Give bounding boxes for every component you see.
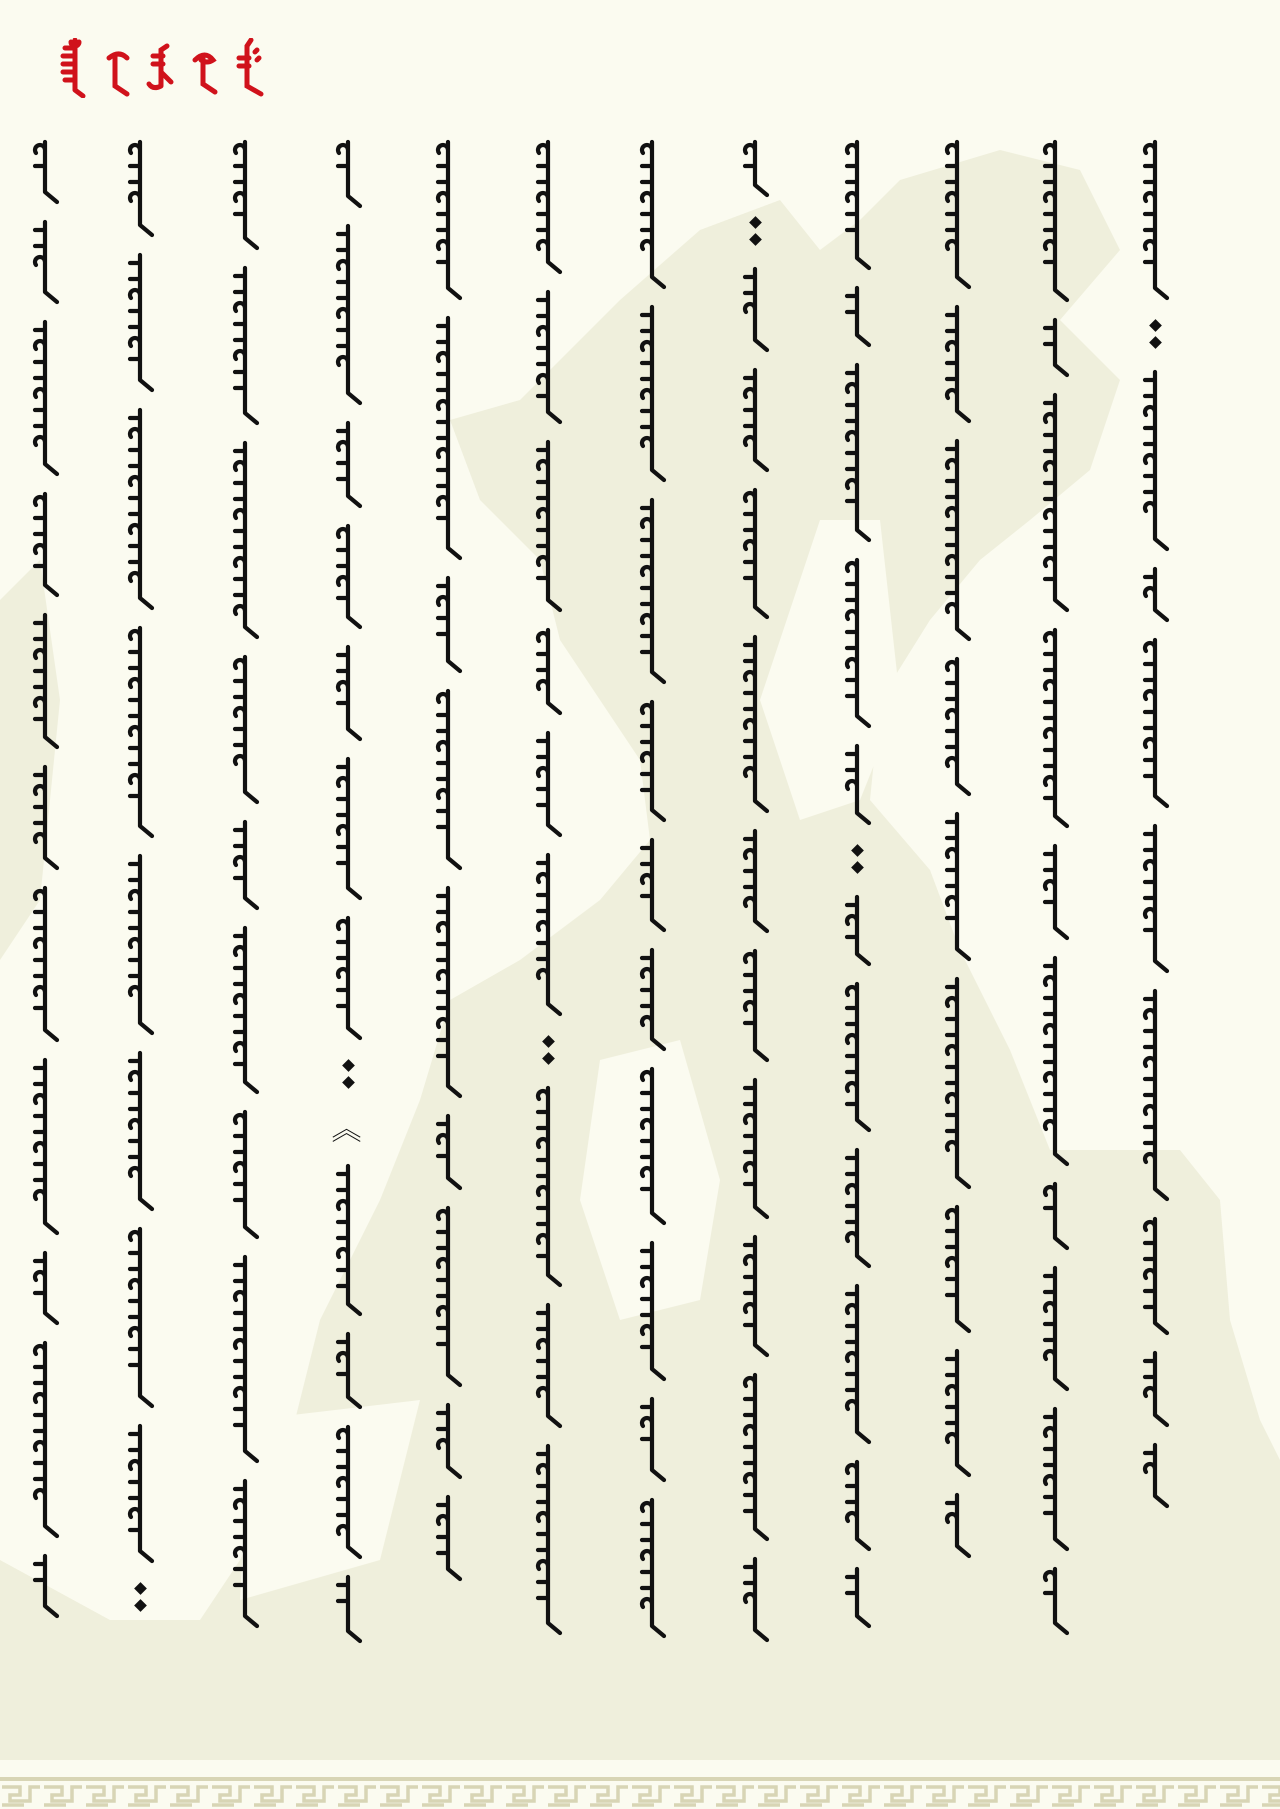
word [740,829,770,931]
word [740,1235,770,1355]
word [125,253,155,390]
word [125,140,155,235]
word [637,1241,667,1379]
title-word [143,42,177,98]
word [942,305,972,421]
word [533,628,563,713]
word [842,1460,872,1549]
word [842,982,872,1130]
word [333,916,363,1038]
word [30,765,60,868]
word [740,1557,770,1640]
word [125,1424,155,1561]
word [942,812,972,959]
text-column-10 [935,140,979,1556]
word [1140,989,1170,1199]
word [333,1425,363,1557]
word [230,441,260,637]
colon-punctuation [333,1056,363,1092]
word [230,140,260,248]
greek-key-border-icon [0,1783,1280,1809]
text-column-2 [118,140,162,1615]
word [333,1575,363,1641]
word [333,421,363,506]
footer-border-line [0,1777,1280,1781]
word [942,657,972,794]
text-column-7 [630,140,674,1636]
text-column-3 [223,140,267,1626]
text-column-11 [1033,140,1077,1633]
word [740,368,770,470]
word [740,1078,770,1217]
word [125,854,155,1033]
page-title: Mongolian-script heading (red, 5 words) [55,38,267,98]
title-word [229,38,267,98]
word [1040,1182,1070,1248]
word [333,224,363,403]
word [1040,628,1070,826]
word [30,320,60,474]
word [740,488,770,617]
word [740,635,770,811]
word [30,1251,60,1323]
word [842,1567,872,1626]
word [942,1493,972,1556]
word [30,220,60,302]
word [333,140,363,206]
word [230,1479,260,1626]
word [637,498,667,682]
word [333,645,363,739]
word [433,886,463,1096]
word [30,1554,60,1616]
colon-punctuation [842,841,872,877]
word [125,1051,155,1209]
word [637,140,667,287]
word [740,267,770,350]
word [333,1332,363,1407]
word [637,838,667,930]
word [30,140,60,202]
word [125,1227,155,1406]
word [433,1403,463,1477]
word [533,140,563,272]
word [1140,567,1170,620]
word [842,286,872,345]
text-column-6 [526,140,570,1633]
word [842,140,872,268]
word [1140,1217,1170,1333]
word [637,948,667,1049]
word [1040,844,1070,938]
word [637,1397,667,1480]
word [1040,1407,1070,1549]
word [842,558,872,726]
word [533,440,563,610]
word [1140,824,1170,971]
word [230,1255,260,1461]
word [230,266,260,423]
word [942,439,972,639]
word [533,731,563,835]
word [125,408,155,608]
colon-punctuation [125,1579,155,1615]
text-column-12 [1133,140,1177,1506]
colon-punctuation [1140,316,1170,352]
word [533,1086,563,1285]
colon-punctuation [740,213,770,249]
word [842,363,872,540]
word [637,1498,667,1636]
word [842,895,872,964]
word [230,926,260,1092]
word [30,492,60,595]
word [842,1148,872,1266]
word [637,305,667,480]
word [1140,1351,1170,1425]
word [740,1373,770,1539]
word [433,140,463,298]
word [1140,638,1170,806]
title-word [101,48,133,98]
word [1140,140,1170,298]
word [433,1114,463,1188]
word [230,820,260,908]
word [533,1444,563,1633]
text-column-1 [23,140,67,1616]
word [125,626,155,836]
text-column-5 [426,140,470,1579]
title-word [55,38,91,98]
word [433,576,463,671]
word [433,1495,463,1579]
word [942,1205,972,1331]
word [30,1058,60,1233]
word [333,757,363,898]
word [1040,393,1070,610]
word [30,1341,60,1536]
word [533,290,563,422]
text-column-8 [733,140,777,1640]
word [433,1206,463,1385]
text-column-4: 《 [326,140,370,1641]
word [333,1164,363,1314]
word [842,744,872,823]
word [230,655,260,802]
word [433,316,463,558]
colon-punctuation [533,1032,563,1068]
word [637,1067,667,1223]
word [1040,140,1070,300]
word [533,1303,563,1426]
word [30,886,60,1040]
title-word [187,48,219,98]
word [230,1110,260,1237]
word [1040,1266,1070,1389]
word [1040,1567,1070,1633]
word [30,613,60,747]
word [333,524,363,627]
word [842,1284,872,1442]
word [740,949,770,1060]
word [433,689,463,868]
word [637,700,667,820]
word [942,977,972,1187]
word [740,140,770,195]
word [942,140,972,287]
text-column-9 [835,140,879,1626]
quote-mark: 《 [330,1113,366,1143]
word [1040,318,1070,375]
word [1040,956,1070,1164]
word [533,853,563,1014]
word [942,1349,972,1475]
word [1140,1443,1170,1506]
word [1140,370,1170,549]
